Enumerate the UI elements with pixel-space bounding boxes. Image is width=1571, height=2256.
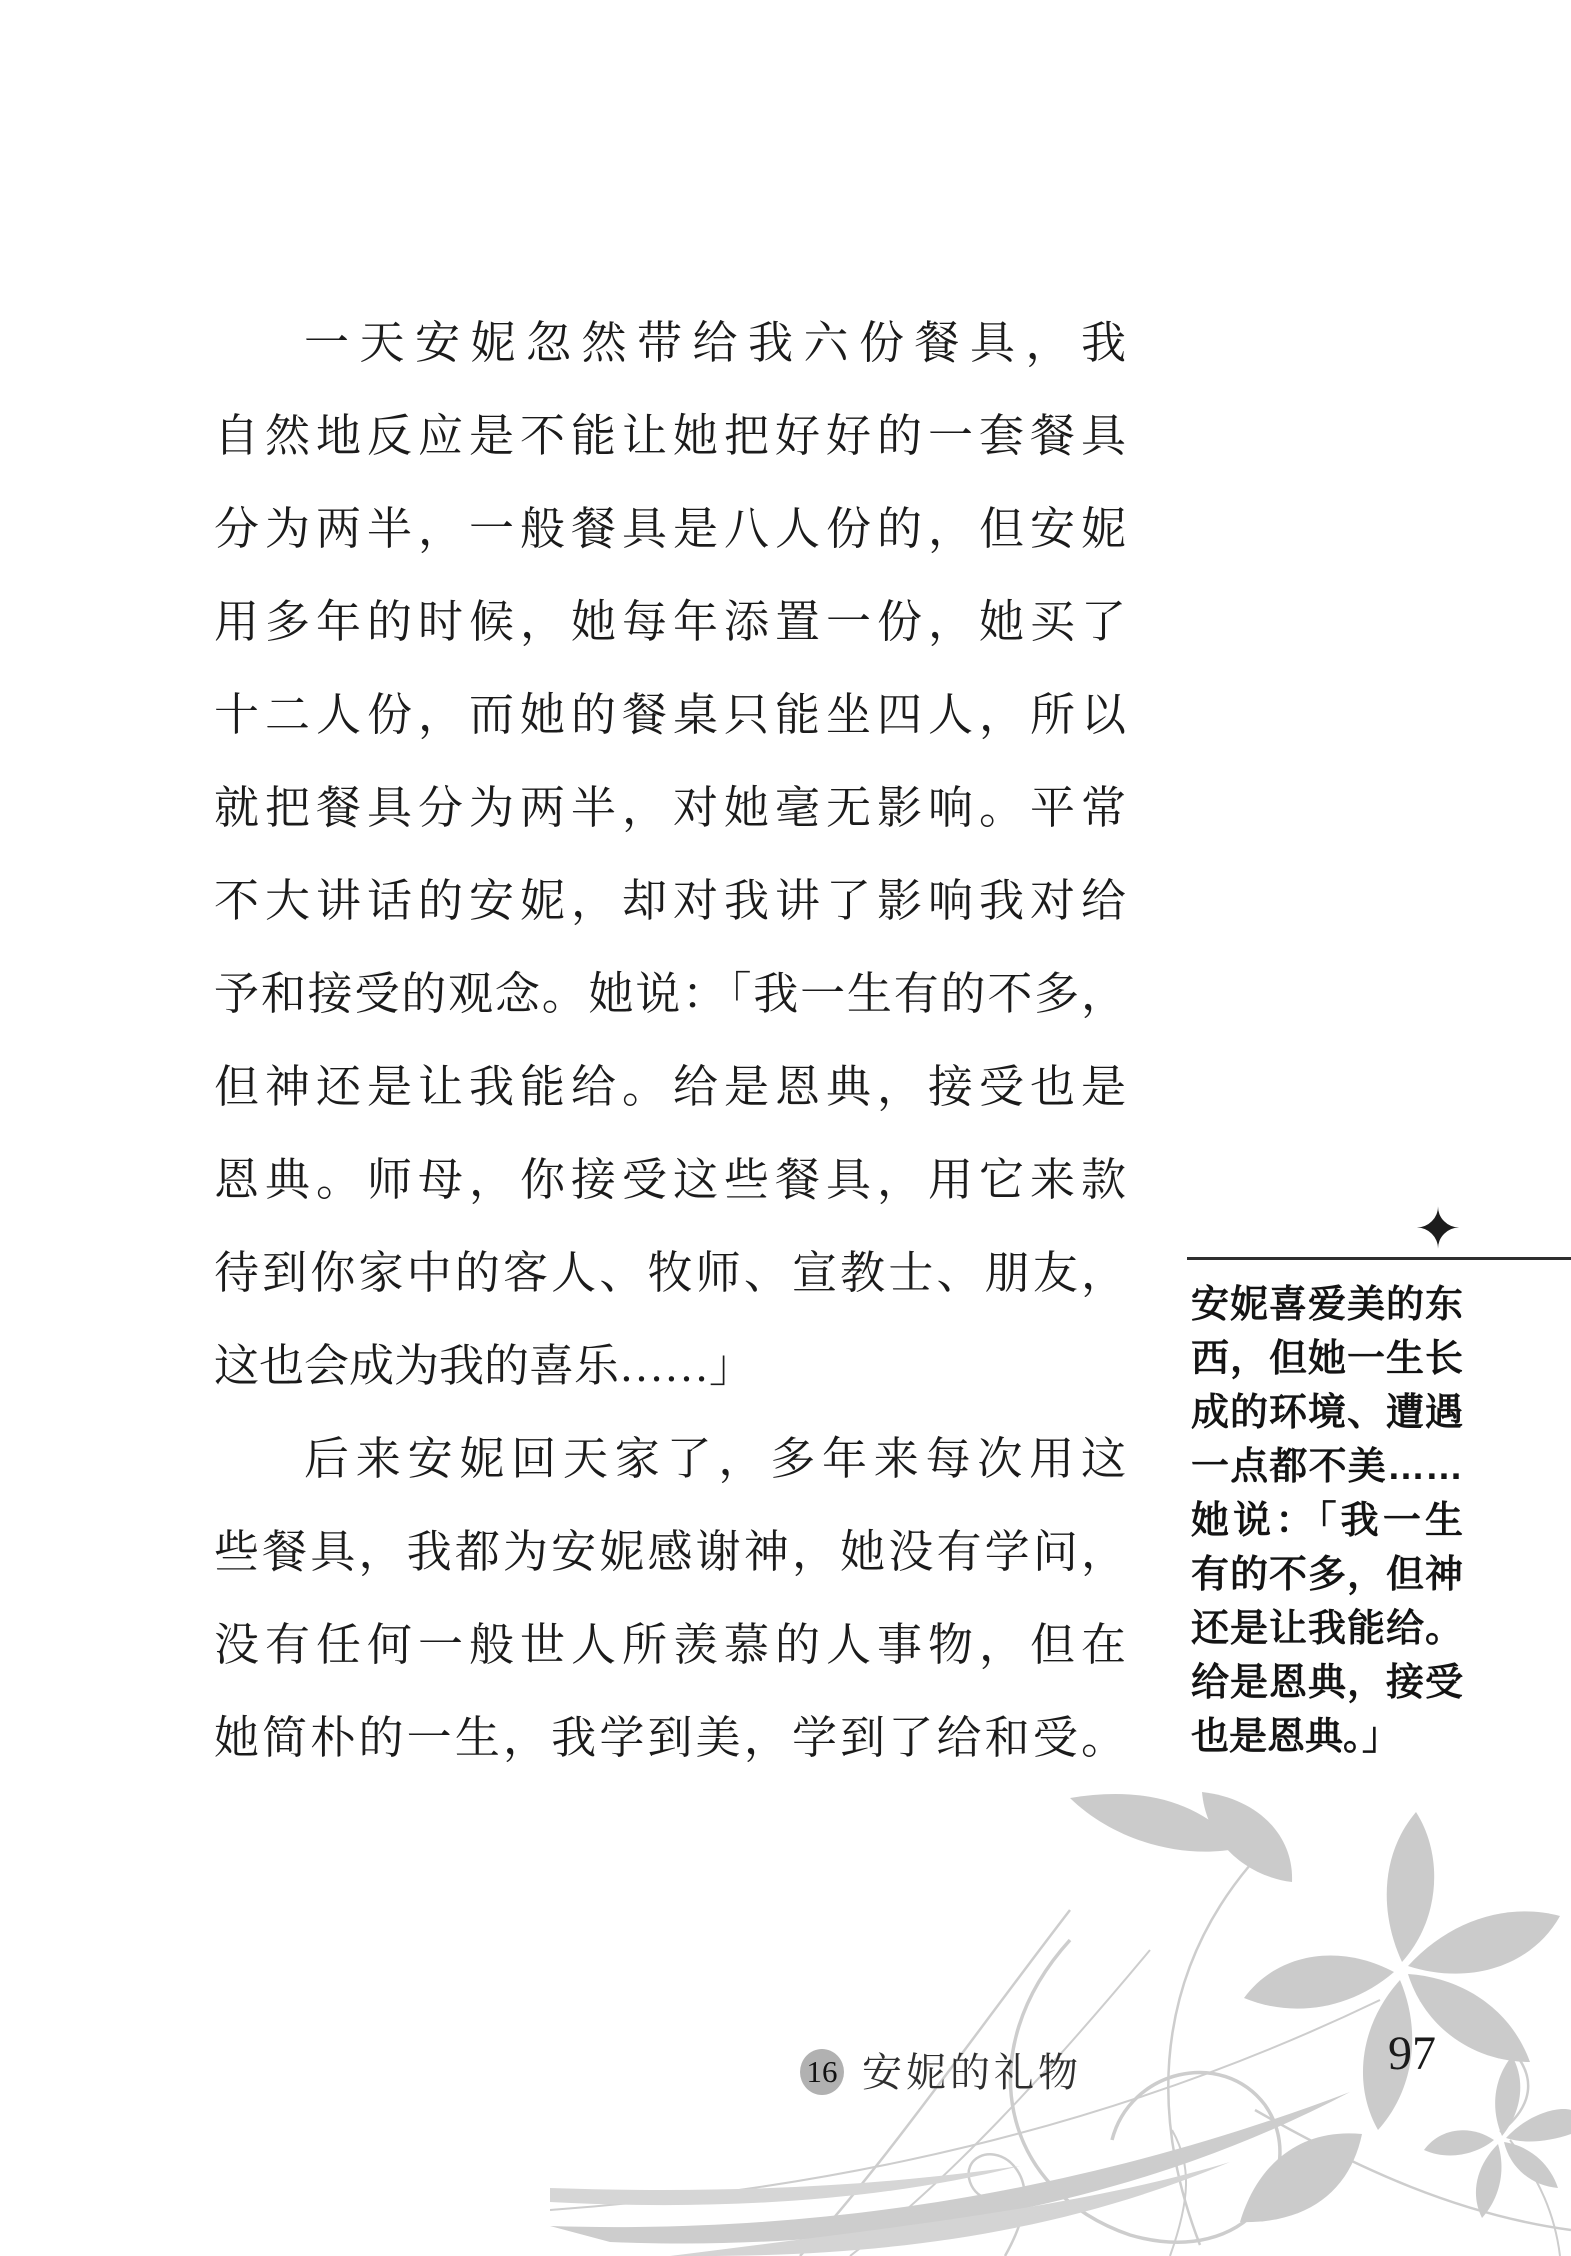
body-line: 自然地反应是不能让她把好好的一套餐具 [214,390,1126,483]
sidebar-line: 给是恩典，接受 [1191,1656,1463,1710]
body-line: 不大讲话的安妮，却对我讲了影响我对给 [214,855,1126,948]
sidebar-line: 安妮喜爱美的东 [1191,1278,1463,1332]
body-line: 些餐具，我都为安妮感谢神，她没有学问， [214,1506,1126,1599]
body-line: 但神还是让我能给。给是恩典，接受也是 [214,1041,1126,1134]
body-line: 没有任何一般世人所羡慕的人事物，但在 [214,1599,1126,1692]
body-line: 恩典。师母，你接受这些餐具，用它来款 [214,1134,1126,1227]
body-line: 十二人份，而她的餐桌只能坐四人，所以 [214,669,1126,762]
floral-flourish-decoration [550,1790,1571,2256]
sidebar-line: 一点都不美…… [1191,1440,1463,1494]
page-number: 97 [1388,2028,1436,2080]
sidebar-line: 还是让我能给。 [1191,1602,1463,1656]
sidebar-line: 有的不多，但神 [1191,1548,1463,1602]
sidebar-line: 成的环境、遭遇 [1191,1386,1463,1440]
body-line: 她简朴的一生，我学到美，学到了给和受。 [214,1692,1126,1785]
book-page: 一天安妮忽然带给我六份餐具，我 自然地反应是不能让她把好好的一套餐具 分为两半，… [0,0,1571,2256]
sidebar-line: 她说：「我一生 [1191,1494,1463,1548]
body-line: 就把餐具分为两半，对她毫无影响。平常 [214,762,1126,855]
sidebar-line: 也是恩典。」 [1191,1710,1463,1764]
chapter-number-badge: 16 [800,2049,844,2095]
chapter-title: 安妮的礼物 [862,2051,1082,2095]
body-line: 待到你家中的客人、牧师、宣教士、朋友， [214,1227,1126,1320]
body-line: 用多年的时候，她每年添置一份，她买了 [214,576,1126,669]
sidebar-line: 西，但她一生长 [1191,1332,1463,1386]
body-line: 一天安妮忽然带给我六份餐具，我 [214,297,1126,390]
body-text-block: 一天安妮忽然带给我六份餐具，我 自然地反应是不能让她把好好的一套餐具 分为两半，… [214,297,1126,1785]
sparkle-star-icon: ✦ [1408,1198,1468,1262]
sidebar-divider-rule [1187,1257,1571,1260]
body-line: 这也会成为我的喜乐……」 [214,1320,1126,1413]
body-line: 予和接受的观念。她说：「我一生有的不多， [214,948,1126,1041]
body-line: 分为两半，一般餐具是八人份的，但安妮 [214,483,1126,576]
body-line: 后来安妮回天家了，多年来每次用这 [214,1413,1126,1506]
sidebar-note: 安妮喜爱美的东 西，但她一生长 成的环境、遭遇 一点都不美…… 她说：「我一生 … [1191,1278,1463,1764]
